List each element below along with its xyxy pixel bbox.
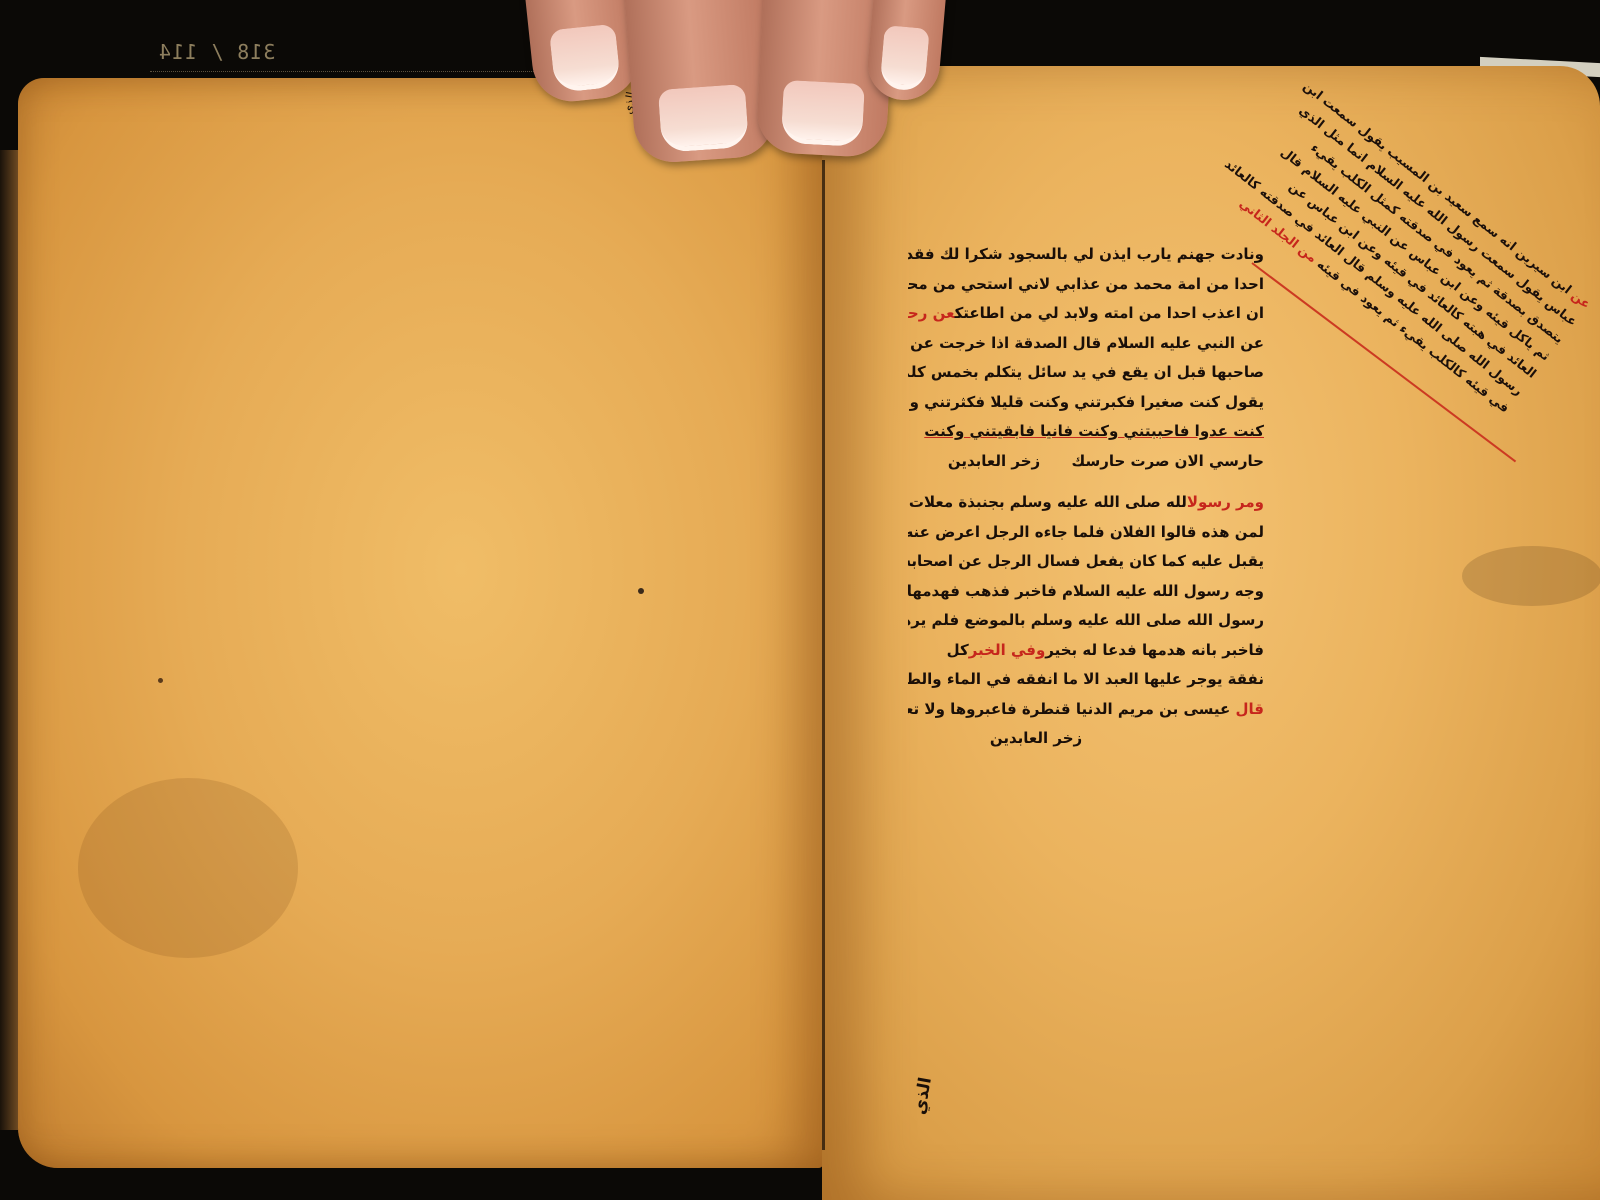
rubric-heading: ومر رسول — [1187, 493, 1264, 511]
main-text-block: ونادت جهنم يارب ايذن لي بالسجود شكرا لك … — [908, 240, 1264, 754]
rubric-heading: وفي الخبر — [969, 641, 1046, 659]
text-line-12: وجه رسول الله عليه السلام فاخبر فذهب فهد… — [908, 577, 1264, 607]
text-line-5: صاحبها قبل ان يقع في يد سائل يتكلم بخمس … — [908, 358, 1264, 388]
book-gutter — [822, 160, 825, 1150]
text-line-14: فاخبر بانه هدمها فدعا له بخيروفي الخبركل — [908, 636, 1264, 666]
text-line-16: قال عيسى بن مريم الدنيا قنطرة فاعبروها و… — [908, 695, 1264, 725]
left-page-blank — [18, 78, 824, 1168]
text-line-2: احدا من امة محمد من عذابي لاني استحي من … — [908, 270, 1264, 300]
hand-finger-middle — [624, 0, 776, 165]
text-line-8: حارسي الان صرت حارسك زخر العابدين — [908, 447, 1264, 477]
shadow-stain — [1462, 546, 1600, 606]
source-note: زخر العابدين — [948, 452, 1040, 470]
rubric-heading: عن رحمة — [908, 304, 955, 322]
ink-dot — [638, 588, 644, 594]
fingernail — [781, 80, 865, 147]
fingernail — [549, 24, 621, 94]
paragraph-gap — [908, 476, 1264, 488]
fingernail — [658, 84, 749, 153]
text-line-7: كنت عدوا فاحببتني وكنت فانيا فابقيتني وك… — [908, 417, 1264, 447]
text-line-13: رسول الله صلى الله عليه وسلم بالموضع فلم… — [908, 606, 1264, 636]
open-manuscript: الذي ونادت جهنم يارب ايذن لي بالسجود شكر… — [0, 0, 1600, 1200]
book-fore-edge — [0, 150, 18, 1130]
text-line-6: يقول كنت صغيرا فكبرتني وكنت قليلا فكثرتن… — [908, 388, 1264, 418]
text-line-10: لمن هذه قالوا الفلان فلما جاءه الرجل اعر… — [908, 518, 1264, 548]
fingernail — [879, 25, 929, 92]
text-line-17: زخر العابدين — [908, 724, 1264, 754]
text-line-4: عن النبي عليه السلام قال الصدقة اذا خرجت… — [908, 329, 1264, 359]
text-line-3: ان اعذب احدا من امته ولابد لي من اطاعتكع… — [908, 299, 1264, 329]
text-line-11: يقبل عليه كما كان يفعل فسال الرجل عن اصح… — [908, 547, 1264, 577]
text-line-15: نفقة يوجر عليها العبد الا ما انفقه في ال… — [908, 665, 1264, 695]
text-line-9: ومر رسولالله صلى الله عليه وسلم بجنبذة م… — [908, 488, 1264, 518]
water-stain — [78, 778, 298, 958]
rubric-heading: قال — [1236, 700, 1264, 718]
text-line-1: ونادت جهنم يارب ايذن لي بالسجود شكرا لك … — [908, 240, 1264, 270]
ink-dot — [158, 678, 163, 683]
